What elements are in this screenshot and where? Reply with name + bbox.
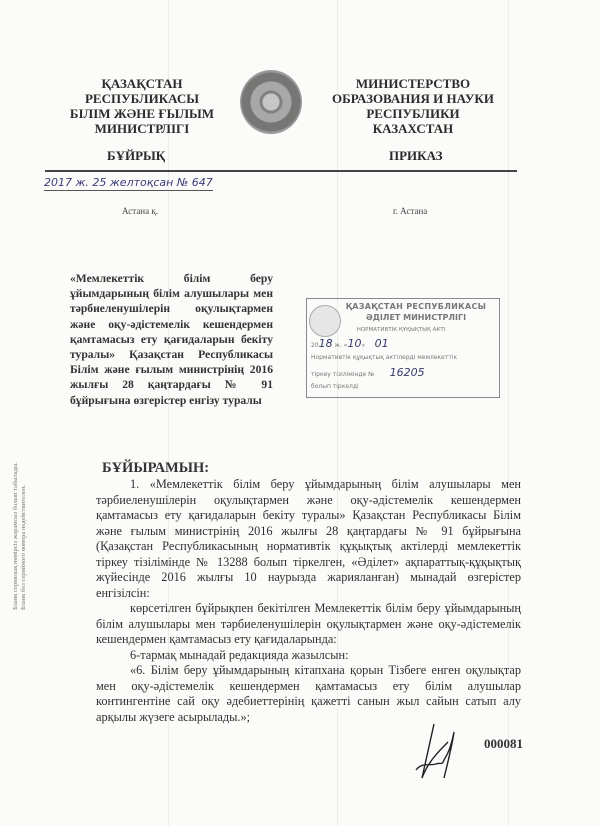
- stamp-line: ҚАЗАҚСТАН РЕСПУБЛИКАСЫ: [341, 302, 491, 311]
- header-line: БІЛІМ ЖӘНЕ ҒЫЛЫМ: [62, 106, 222, 121]
- stamp-year: 18: [319, 337, 333, 350]
- stamp-line: болып тіркелді: [311, 383, 359, 390]
- stamp-reg-number: 16205: [390, 366, 425, 379]
- header-line: КАЗАХСТАН: [328, 121, 498, 136]
- signature-icon: [408, 722, 468, 782]
- order-title: «Мемлекеттік білім беру ұйымдарының білі…: [70, 271, 273, 408]
- order-heading: БҰЙЫРАМЫН:: [102, 460, 209, 477]
- order-label-russian: ПРИКАЗ: [389, 148, 443, 164]
- stamp-line: Нормативтік құқықтық актілерді мемлекетт…: [311, 354, 457, 361]
- header-line: МИНИСТЕРСТВО: [328, 76, 498, 91]
- stamp-line: НОРМАТИВТІК ҚҰҚЫҚТЫҚ АКТІ: [341, 327, 461, 333]
- header-line: МИНИСТРЛІГІ: [62, 121, 222, 136]
- header-line: ОБРАЗОВАНИЯ И НАУКИ: [328, 91, 498, 106]
- header-line: РЕСПУБЛИКИ: [328, 106, 498, 121]
- order-label-kazakh: БҰЙРЫҚ: [107, 148, 165, 164]
- registration-stamp: ҚАЗАҚСТАН РЕСПУБЛИКАСЫ ӘДІЛЕТ МИНИСТРЛІГ…: [306, 298, 500, 398]
- stamp-seal-icon: [309, 305, 341, 337]
- header-divider: [45, 170, 517, 172]
- state-emblem-icon: [240, 70, 302, 134]
- ministry-name-russian: МИНИСТЕРСТВО ОБРАЗОВАНИЯ И НАУКИ РЕСПУБЛ…: [328, 76, 498, 136]
- city-russian: г. Астана: [393, 206, 427, 216]
- stamp-registration: тіркеу тізілімінде № 16205: [311, 366, 425, 379]
- serial-number: 000081: [484, 736, 523, 752]
- stamp-date: 2018 ж. «10» 01: [311, 337, 389, 350]
- paragraph: көрсетілген бұйрықпен бекітілген Мемлеке…: [96, 601, 521, 648]
- side-note-line: Бланк сериялық нөмірсіз жарамсыз болып т…: [12, 462, 20, 610]
- stamp-day: 01: [375, 337, 389, 350]
- paragraph: «6. Білім беру ұйымдарының кітапхана қор…: [96, 663, 521, 725]
- handwritten-date-number: 2017 ж. 25 желтоқсан № 647: [44, 176, 213, 191]
- header-line: РЕСПУБЛИКАСЫ: [62, 91, 222, 106]
- header-line: ҚАЗАҚСТАН: [62, 76, 222, 91]
- city-kazakh: Астана қ.: [122, 206, 158, 216]
- paragraph: 1. «Мемлекеттік білім беру ұйымдарының б…: [96, 477, 521, 601]
- side-note-line: Бланк без серийного номера недействителе…: [20, 462, 28, 610]
- blank-serial-note: Бланк сериялық нөмірсіз жарамсыз болып т…: [12, 462, 28, 610]
- paragraph: 6-тармақ мынадай редакцияда жазылсын:: [96, 648, 521, 664]
- ministry-name-kazakh: ҚАЗАҚСТАН РЕСПУБЛИКАСЫ БІЛІМ ЖӘНЕ ҒЫЛЫМ …: [62, 76, 222, 136]
- stamp-line: ӘДІЛЕТ МИНИСТРЛІГІ: [341, 313, 491, 322]
- order-body: 1. «Мемлекеттік білім беру ұйымдарының б…: [96, 477, 521, 725]
- stamp-month: 10: [347, 337, 361, 350]
